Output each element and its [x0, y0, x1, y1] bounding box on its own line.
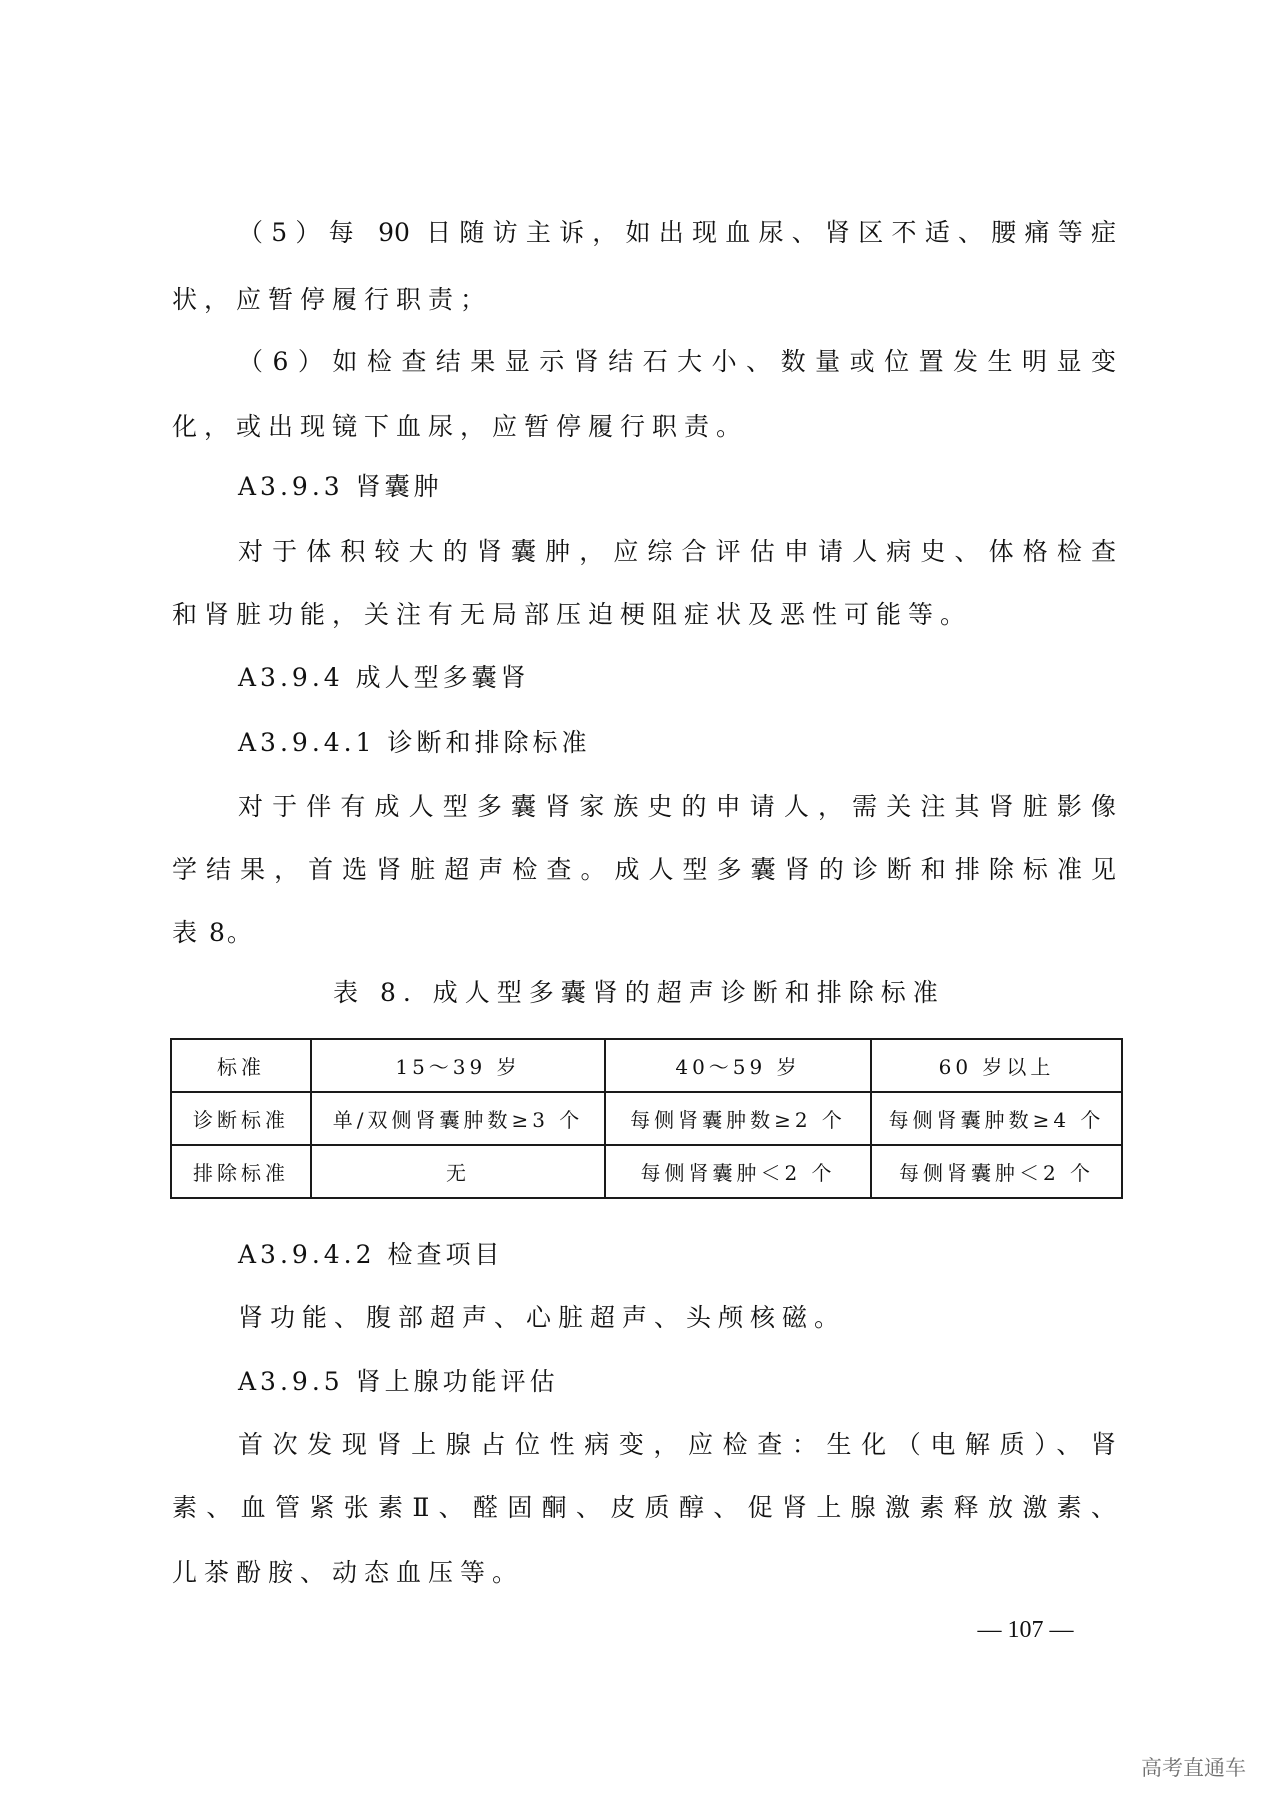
- paragraph-a3-9-5-line-3: 儿茶酚胺、动态血压等。: [172, 1553, 524, 1593]
- paragraph-a3-9-4-1-line-3: 表 8。: [172, 913, 254, 953]
- watermark-label: 高考直通车: [1141, 1755, 1246, 1781]
- paragraph-a3-9-4-1-line-1: 对于伴有成人型多囊肾家族史的申请人，需关注其肾脏影像: [238, 787, 1116, 827]
- paragraph-5-line-2: 状，应暂停履行职责；: [172, 280, 492, 320]
- table-cell: 诊断标准: [171, 1092, 311, 1145]
- heading-a3-9-4-2: A3.9.4.2 检查项目: [238, 1235, 503, 1275]
- table-header-cell: 40～59 岁: [605, 1039, 871, 1092]
- paragraph-5-line-1: （5）每 90 日随访主诉，如出现血尿、肾区不适、腰痛等症: [238, 213, 1116, 253]
- table-header-cell: 标准: [171, 1039, 311, 1092]
- table-caption: 表 8. 成人型多囊肾的超声诊断和排除标准: [333, 973, 963, 1013]
- table-cell: 每侧肾囊肿数≥4 个: [871, 1092, 1122, 1145]
- page-number: — 107 —: [958, 1612, 1093, 1648]
- table-cell: 排除标准: [171, 1145, 311, 1198]
- table-row: 排除标准 无 每侧肾囊肿＜2 个 每侧肾囊肿＜2 个: [171, 1145, 1122, 1198]
- paragraph-6-line-2: 化，或出现镜下血尿，应暂停履行职责。: [172, 407, 748, 447]
- paragraph-a3-9-4-1-line-2: 学结果，首选肾脏超声检查。成人型多囊肾的诊断和排除标准见: [172, 850, 1116, 890]
- paragraph-6-line-1: （6）如检查结果显示肾结石大小、数量或位置发生明显变: [238, 342, 1116, 382]
- table-cell: 单/双侧肾囊肿数≥3 个: [311, 1092, 605, 1145]
- table-row: 诊断标准 单/双侧肾囊肿数≥3 个 每侧肾囊肿数≥2 个 每侧肾囊肿数≥4 个: [171, 1092, 1122, 1145]
- table-cell: 无: [311, 1145, 605, 1198]
- table-header-cell: 60 岁以上: [871, 1039, 1122, 1092]
- table-header-cell: 15～39 岁: [311, 1039, 605, 1092]
- paragraph-a3-9-4-2-line-1: 肾功能、腹部超声、心脏超声、头颅核磁。: [238, 1298, 846, 1338]
- heading-a3-9-4: A3.9.4 成人型多囊肾: [238, 658, 530, 698]
- document-page: （5）每 90 日随访主诉，如出现血尿、肾区不适、腰痛等症 状，应暂停履行职责；…: [0, 0, 1280, 1810]
- paragraph-a3-9-5-line-1: 首次发现肾上腺占位性病变，应检查：生化（电解质）、肾: [238, 1425, 1116, 1465]
- diagnosis-criteria-table: 标准 15～39 岁 40～59 岁 60 岁以上 诊断标准 单/双侧肾囊肿数≥…: [170, 1038, 1123, 1199]
- heading-a3-9-4-1: A3.9.4.1 诊断和排除标准: [238, 723, 590, 763]
- paragraph-a3-9-5-line-2: 素、血管紧张素Ⅱ、醛固酮、皮质醇、促肾上腺激素释放激素、: [172, 1488, 1116, 1528]
- paragraph-a3-9-3-line-1: 对于体积较大的肾囊肿，应综合评估申请人病史、体格检查: [238, 532, 1116, 572]
- heading-a3-9-3: A3.9.3 肾囊肿: [238, 467, 443, 507]
- table-cell: 每侧肾囊肿＜2 个: [605, 1145, 871, 1198]
- table-cell: 每侧肾囊肿＜2 个: [871, 1145, 1122, 1198]
- paragraph-a3-9-3-line-2: 和肾脏功能，关注有无局部压迫梗阻症状及恶性可能等。: [172, 595, 972, 635]
- table-cell: 每侧肾囊肿数≥2 个: [605, 1092, 871, 1145]
- table-header-row: 标准 15～39 岁 40～59 岁 60 岁以上: [171, 1039, 1122, 1092]
- heading-a3-9-5: A3.9.5 肾上腺功能评估: [238, 1362, 559, 1402]
